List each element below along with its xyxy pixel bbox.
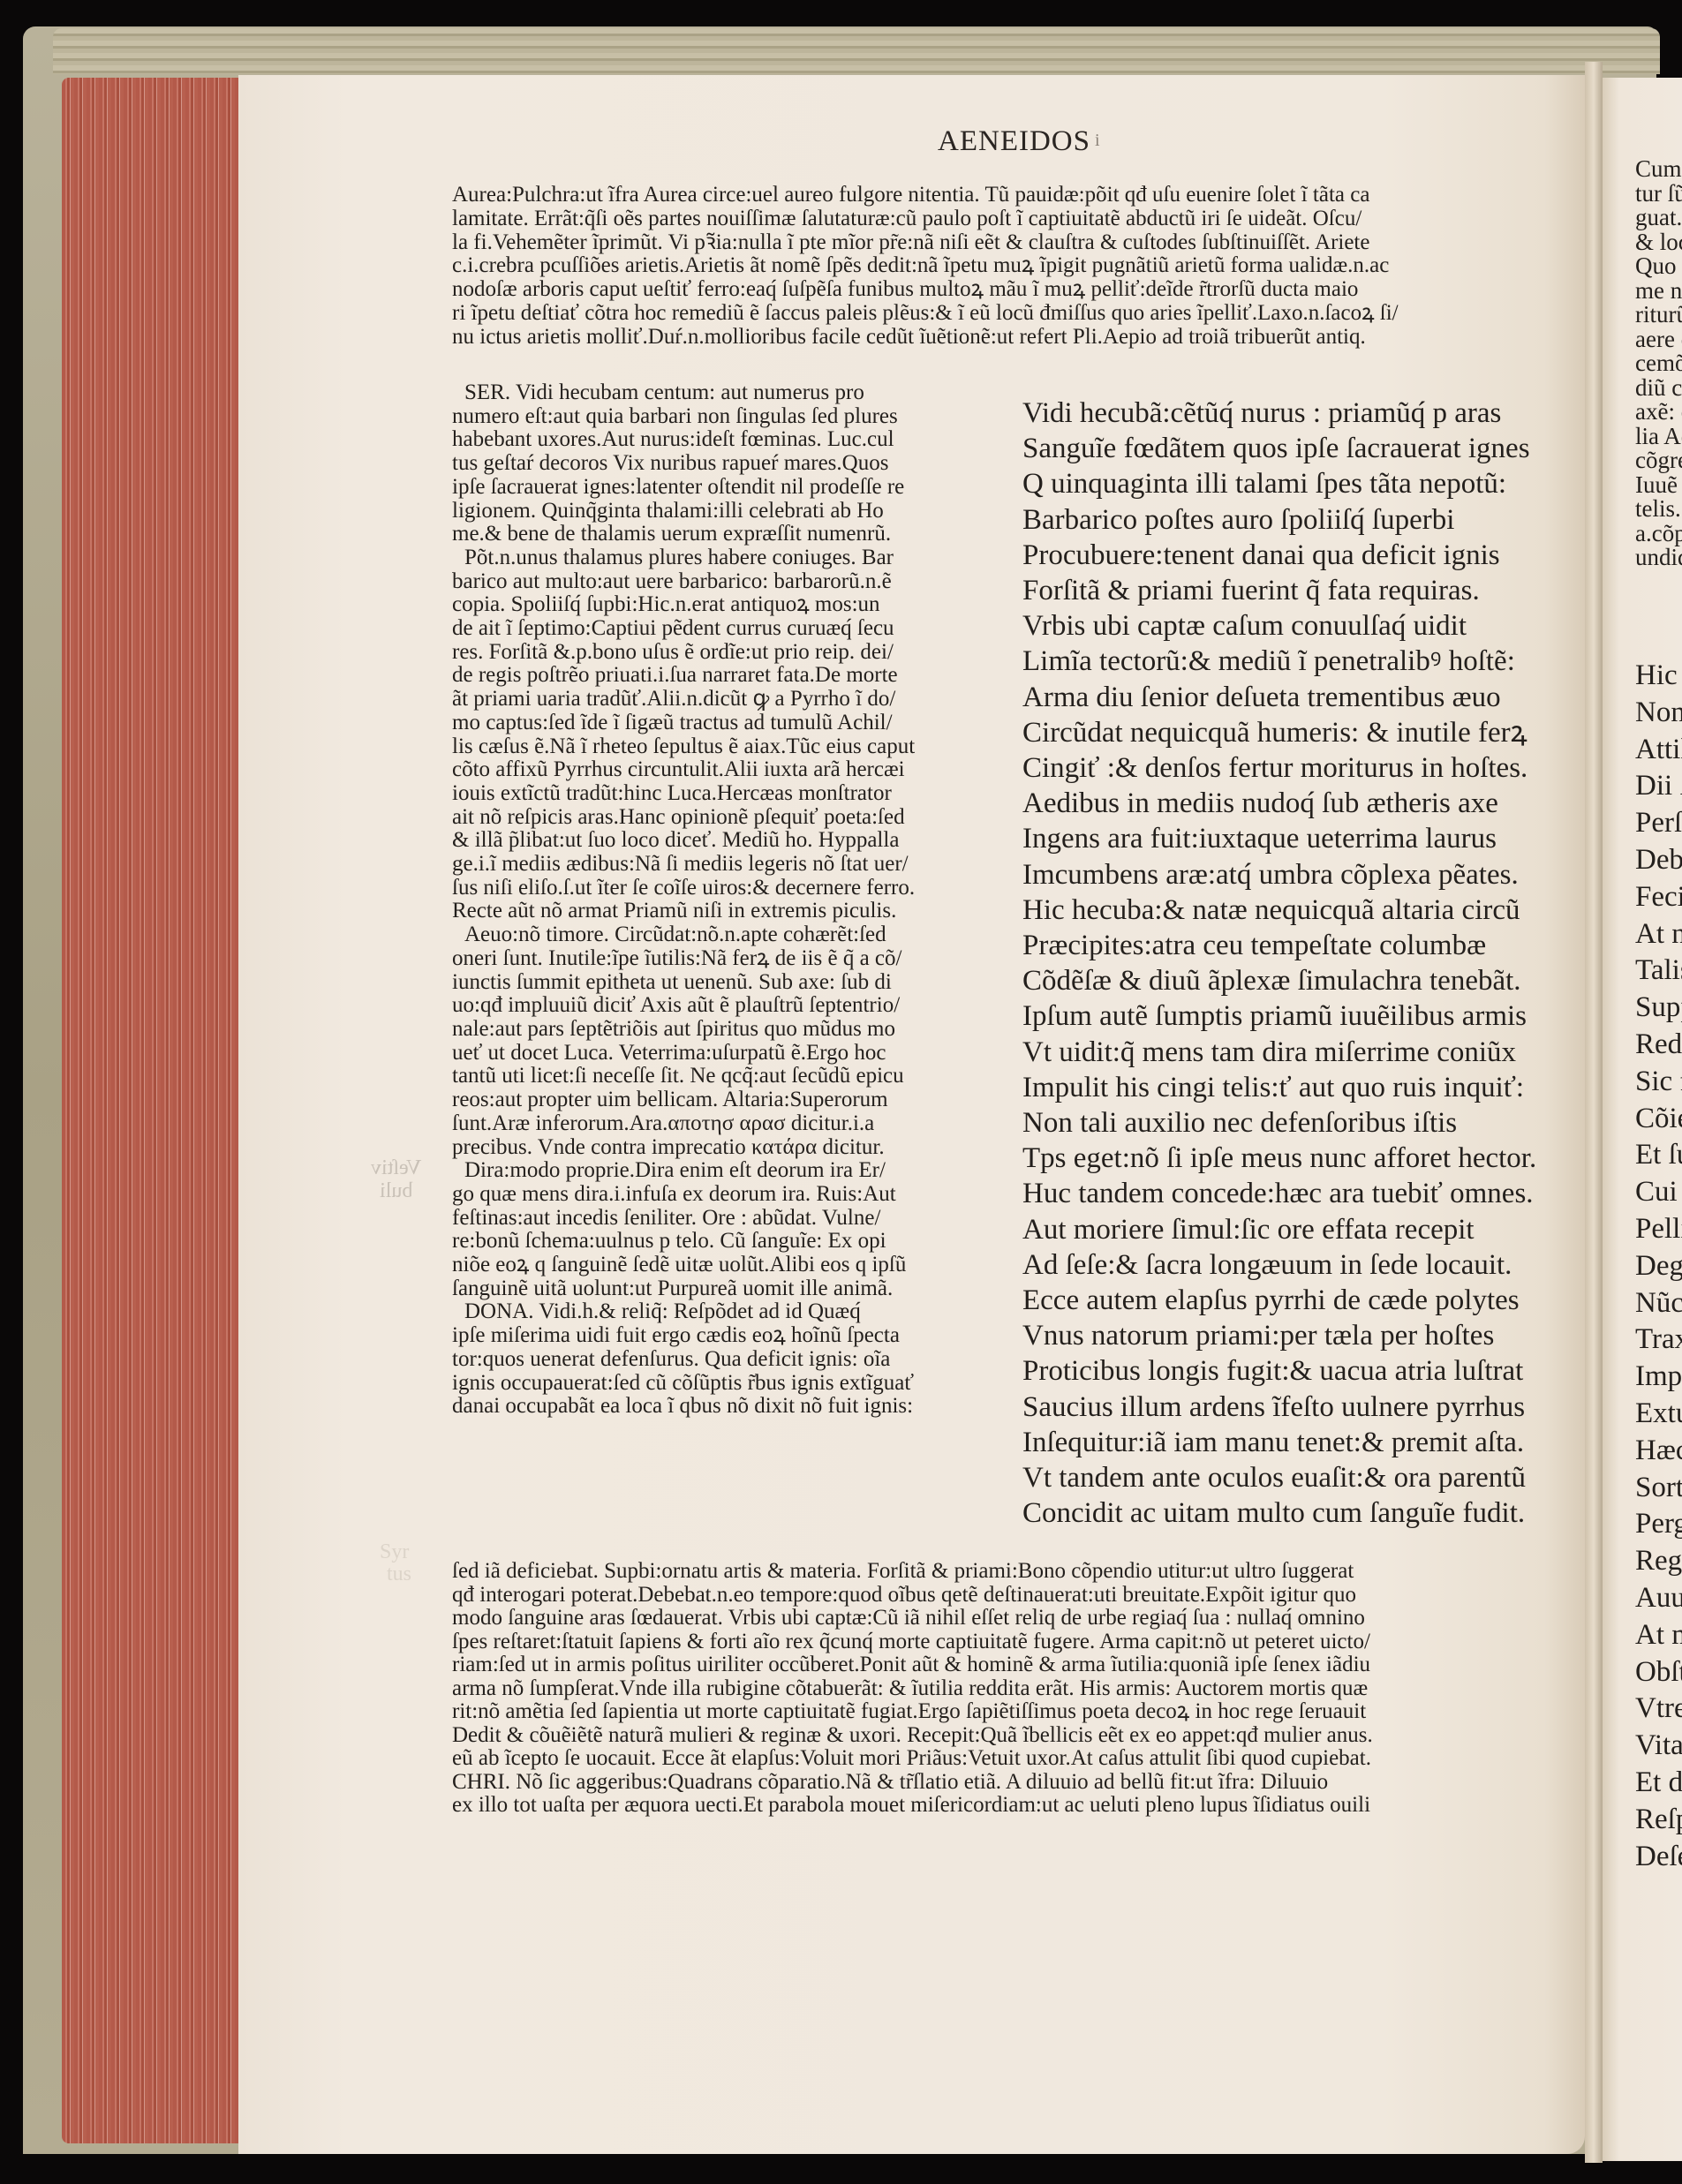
facing-page-line: Traxi [1635, 1322, 1682, 1359]
commentary-line: eũ ab ĩcepto ſe uocauit. Ecce ãt elapſus… [452, 1747, 1578, 1771]
verse-column: Vidi hecubã:cẽtũq́ nurus : priamũq́ p ar… [1022, 395, 1588, 1532]
facing-page-line: guat. [1635, 206, 1682, 230]
commentary-line: nodoſæ arboris caput ueſtiť ferro:eaq́ ſ… [452, 278, 1578, 302]
commentary-line: uo:qđ impluuiũ diciť Axis aũt ẽ plauſtrũ… [452, 994, 1017, 1018]
verse-line: Cõdẽſæ & diuũ ãplexæ ſimulachra tenebãt. [1022, 963, 1588, 998]
book-gutter [1585, 62, 1603, 2163]
facing-page-line: Debr [1635, 842, 1682, 879]
facing-page-line: Deſeru [1635, 1839, 1682, 1876]
red-page-edges [62, 78, 238, 2143]
commentary-line: qđ interogari poterat.Debebat.n.eo tempo… [452, 1584, 1578, 1608]
commentary-line: de regis poſtrẽo priuati.i.ſua narraret … [452, 664, 1017, 688]
facing-page-line: tur ſũ [1635, 182, 1682, 207]
binding-headcap [53, 28, 1660, 74]
facing-page-line: Dii ſ [1635, 768, 1682, 805]
bottom-commentary-block: ſed iã deficiebat. Supbi:ornatu artis & … [452, 1560, 1578, 1818]
facing-page-line: Et ſu [1635, 1137, 1682, 1174]
commentary-line: ſpes reſtaret:ſtatuit ſapiens & forti aĩ… [452, 1630, 1578, 1654]
verse-line: Concidit ac uitam multo cum ſanguĩe fudi… [1022, 1495, 1588, 1531]
show-through-note: buli [380, 1179, 412, 1202]
running-head-mark: i [1095, 131, 1100, 151]
facing-page-line: Perſo [1635, 805, 1682, 842]
verse-line: Vnus natorum priami:per tæla per hoſtes [1022, 1318, 1588, 1353]
verse-line: Ingens ara fuit:iuxtaque ueterrima lauru… [1022, 821, 1588, 856]
verse-line: Procubuere:tenent danai qua deficit igni… [1022, 538, 1588, 573]
facing-page-line: aere c [1635, 328, 1682, 352]
facing-page-line: axẽ: c [1635, 400, 1682, 425]
commentary-line: Põt.n.unus thalamus plures habere coniug… [452, 546, 1017, 570]
verse-line: Huc tandem concede:hæc ara tuebiť omnes. [1022, 1176, 1588, 1211]
commentary-line: ipſe miſerima uidi fuit ergo cædis eoꝝ h… [452, 1324, 1017, 1348]
facing-page-line: cõgre [1635, 448, 1682, 473]
top-commentary-block: Aurea:Pulchra:ut ĩfra Aurea circe:uel au… [452, 184, 1578, 350]
commentary-line: go quæ mens dira.i.infuſa ex deorum ira.… [452, 1183, 1017, 1207]
commentary-line: ſanguinẽ uitã uolunt:ut Purpureã uomit i… [452, 1277, 1017, 1301]
verse-line: Aedibus in mediis nudoq́ ſub ætheris axe [1022, 786, 1588, 821]
show-through-note: Veſtiv [371, 1156, 421, 1179]
commentary-line: precibus. Vnde contra imprecatio κατάρα … [452, 1136, 1017, 1160]
commentary-line: Aeuo:nõ timore. Circũdat:nõ.n.apte cohær… [452, 923, 1017, 947]
show-through-note: tus [387, 1563, 411, 1585]
facing-page-line: Reſpic [1635, 1802, 1682, 1839]
facing-page-line: me n [1635, 279, 1682, 304]
commentary-line: re:bonũ ſchema:uulnus p telo. Cũ ſanguĩe… [452, 1230, 1017, 1254]
facing-page-line: Auulſ [1635, 1580, 1682, 1617]
commentary-line: nu ictus arietis molliť.Duŕ.n.mollioribu… [452, 326, 1578, 350]
facing-page-line: Obſtu [1635, 1654, 1682, 1691]
facing-page-line: cemõ [1635, 351, 1682, 376]
facing-page-line: telis. [1635, 497, 1682, 522]
verse-line: Imcumbens aræ:atq́ umbra cõplexa pẽates. [1022, 857, 1588, 892]
running-head: AENEIDOS [938, 125, 1090, 158]
commentary-line: ſunt.Aræ inferorum.Ara.αποτησ αρασ dicit… [452, 1112, 1017, 1136]
commentary-line: ſed iã deficiebat. Supbi:ornatu artis & … [452, 1560, 1578, 1584]
show-through-note: Syr [380, 1540, 409, 1563]
verse-line: Limĩa tectorũ:& mediũ ĩ penetralibꝰ hoſt… [1022, 644, 1588, 679]
facing-page-line: Regn [1635, 1543, 1682, 1580]
commentary-line: ſus niſi eliſo.ſ.ut ĩter ſe coĩſe uiros:… [452, 877, 1017, 900]
commentary-line: la fi.Vehemẽter ĩprimũt. Vi pꝛ̃ia:nulla … [452, 231, 1578, 255]
facing-page-line: a.cõp [1635, 522, 1682, 546]
commentary-line: iouis extĩctũ tradũt:hinc Luca.Hercæas m… [452, 782, 1017, 806]
commentary-line: feſtinas:aut incedis ſeniliter. Ore : ab… [452, 1207, 1017, 1231]
verse-line: Barbarico poſtes auro ſpoliiſq́ ſuperbi [1022, 502, 1588, 538]
facing-page-verse: HicNonAttilDii ſPerſoDebrFecilAt noTalis… [1635, 658, 1682, 1875]
facing-page-line: Extul [1635, 1396, 1682, 1433]
verse-line: Aut moriere ſimul:ſic ore effata recepit [1022, 1212, 1588, 1247]
commentary-line: numero eſt:aut quia barbari non ſingulas… [452, 405, 1017, 429]
commentary-line: ãt priami uaria tradũť.Alii.n.dicũt ꝙ a … [452, 688, 1017, 712]
facing-page-line: Perga [1635, 1506, 1682, 1543]
verse-line: Vt uidit:q̃ mens tam dira miſerrime coni… [1022, 1035, 1588, 1070]
commentary-line: ueť ut docet Luca. Veterrima:uſurpatũ ẽ.… [452, 1042, 1017, 1066]
commentary-line: Aurea:Pulchra:ut ĩfra Aurea circe:uel au… [452, 184, 1578, 207]
commentary-line: DONA. Vidi.h.& reliq̃: Reſpõdet ad id Qu… [452, 1300, 1017, 1324]
verse-line: Non tali auxilio nec defenſoribus iſtis [1022, 1105, 1588, 1141]
facing-page-line: Vtreg [1635, 1691, 1682, 1728]
commentary-line: arma nõ ſumpſerat.Vnde illa rubigine cõt… [452, 1677, 1578, 1701]
commentary-line: de ait ĩ ſeptimo:Captiui pẽdent currus c… [452, 617, 1017, 641]
commentary-line: ipſe ſacrauerat ignes:latenter oſtendit … [452, 476, 1017, 500]
facing-page-line: Supp [1635, 990, 1682, 1027]
commentary-line: nale:aut pars ſeptẽtriõis aut ſpiritus q… [452, 1018, 1017, 1042]
verse-line: Impulit his cingi telis:ť aut quo ruis i… [1022, 1070, 1588, 1105]
commentary-line: reos:aut propter uim bellicam. Altaria:S… [452, 1088, 1017, 1112]
facing-page-line: Nũc [1635, 1285, 1682, 1322]
facing-page-line: Redo [1635, 1027, 1682, 1064]
facing-page-line: Vitatn [1635, 1728, 1682, 1765]
commentary-line: res. Forſitã &.p.bono uſus ẽ ordĩe:ut pr… [452, 641, 1017, 665]
commentary-line: ligionem. Quinq̃ginta thalami:illi celeb… [452, 500, 1017, 523]
facing-page-line: lia Ae [1635, 425, 1682, 449]
facing-page-line: Iuuẽ [1635, 473, 1682, 498]
verse-line: Vt tandem ante oculos euaſit:& ora paren… [1022, 1460, 1588, 1495]
commentary-line: me.& bene de thalamis uerum expræſſit nu… [452, 523, 1017, 546]
facing-page-line: Sic fa [1635, 1064, 1682, 1101]
commentary-line: ex illo tot uaſta per æquora uecti.Et pa… [452, 1794, 1578, 1818]
facing-page-line: Attil [1635, 732, 1682, 769]
verse-line: Sanguĩe fœdãtem quos ipſe ſacrauerat ign… [1022, 431, 1588, 466]
commentary-line: rit:nõ amẽtia ſed ſapientia ut morte cap… [452, 1700, 1578, 1724]
commentary-line: SER. Vidi hecubam centum: aut numerus pr… [452, 381, 1017, 405]
commentary-line: lis cæſus ẽ.Nã ĩ rheteo ſepultus ẽ aiax.… [452, 735, 1017, 759]
facing-page-line: Cum [1635, 157, 1682, 182]
facing-page-line: At me [1635, 1617, 1682, 1654]
commentary-line: CHRI. Nõ ſic aggeribus:Quadrans cõparati… [452, 1771, 1578, 1795]
facing-page-line: Pellic [1635, 1211, 1682, 1248]
commentary-line: niõe eoꝝ q ſanguinẽ ſedẽ uitæ uolũt.Alib… [452, 1254, 1017, 1277]
commentary-line: iunctis ſummit epitheta ut uenenũ. Sub a… [452, 971, 1017, 995]
commentary-line: Dedit & cõuẽiẽtẽ naturã mulieri & reginæ… [452, 1724, 1578, 1748]
facing-page-line: At no [1635, 916, 1682, 953]
verse-line: Ad ſeſe:& ſacra longæuum in ſede locauit… [1022, 1247, 1588, 1283]
commentary-line: oneri ſunt. Inutile:ĩpe ĩutilis:Nã ferꝝ … [452, 947, 1017, 971]
commentary-line: ait nõ reſpicis aras.Hanc opinionẽ pſequ… [452, 806, 1017, 830]
commentary-line: ri ĩpetu deſtiať cõtra hoc remediũ ẽ ſac… [452, 302, 1578, 326]
commentary-line: habebant uxores.Aut nurus:ideſt fœminas.… [452, 428, 1017, 452]
facing-page-line: diũ ca [1635, 376, 1682, 401]
facing-page-line: Sorte [1635, 1470, 1682, 1507]
facing-page-commentary: Cumtur ſũguat.& locQuome nriturũaere cce… [1635, 157, 1682, 570]
commentary-line: Dira:modo proprie.Dira enim eſt deorum i… [452, 1159, 1017, 1183]
verse-line: Ecce autem elapſus pyrrhi de cæde polyte… [1022, 1283, 1588, 1318]
facing-page-line: riturũ [1635, 303, 1682, 328]
verse-line: Forſitã & priami fuerint q̃ fata requira… [1022, 573, 1588, 608]
verse-line: Præcipites:atra ceu tempeſtate columbæ [1022, 928, 1588, 963]
verse-line: Hic hecuba:& natæ nequicquã altaria circ… [1022, 892, 1588, 928]
verse-line: Ipſum autẽ ſumptis priamũ iuuẽilibus arm… [1022, 998, 1588, 1034]
commentary-line: modo ſanguine aras ſœdauerat. Vrbis ubi … [452, 1607, 1578, 1630]
commentary-line: c.i.crebra pcuſſiões arietis.Arietis ãt … [452, 254, 1578, 278]
commentary-line: mo captus:ſed ĩde ĩ ſigæũ tractus ad tum… [452, 712, 1017, 735]
commentary-line: & illã p̃libat:ut ſuo loco diceť. Mediũ … [452, 829, 1017, 853]
commentary-line: ignis occupauerat:ſed cũ cõſũptis r̃bus … [452, 1372, 1017, 1396]
facing-page-line: Talis [1635, 953, 1682, 990]
facing-page-line: Non [1635, 695, 1682, 732]
facing-page-line: undiq [1635, 546, 1682, 570]
commentary-line: cõto affixũ Pyrrhus circuntulit.Alii iux… [452, 758, 1017, 782]
commentary-line: copia. Spoliiſq́ ſupbi:Hic.n.erat antiqu… [452, 593, 1017, 617]
facing-page-line: Cõiec [1635, 1101, 1682, 1138]
verse-line: Arma diu ſenior deſueta trementibus æuo [1022, 680, 1588, 715]
commentary-line: tor:quos uenerat defenſurus. Qua deficit… [452, 1348, 1017, 1372]
facing-page-line: Quo [1635, 254, 1682, 279]
commentary-line: tus geſtaŕ decoros Vix nuribus rapueŕ ma… [452, 452, 1017, 476]
facing-page-line: Hæc f [1635, 1433, 1682, 1470]
facing-page-line: Dege [1635, 1248, 1682, 1285]
verse-line: Circũdat nequicquã humeris: & inutile fe… [1022, 715, 1588, 750]
facing-page-line: Cui p [1635, 1174, 1682, 1211]
commentary-line: barico aut multo:aut uere barbarico: bar… [452, 570, 1017, 594]
verse-line: Vrbis ubi captæ caſum conuulſaq́ uidit [1022, 608, 1588, 644]
verse-line: Saucius illum ardens ĩfeſto uulnere pyrr… [1022, 1389, 1588, 1425]
verse-line: Inſequitur:iã iam manu tenet:& premit aſ… [1022, 1425, 1588, 1460]
facing-page-line: Et dire [1635, 1765, 1682, 1802]
commentary-line: lamitate. Errãt:q̃ſi oẽs partes nouiſſim… [452, 207, 1578, 231]
facing-page-line: Implic [1635, 1359, 1682, 1396]
left-commentary-column: SER. Vidi hecubam centum: aut numerus pr… [452, 381, 1017, 1419]
commentary-line: tantũ uti licet:ſi neceſſe ſit. Ne qcq̃:… [452, 1065, 1017, 1088]
verse-line: Vidi hecubã:cẽtũq́ nurus : priamũq́ p ar… [1022, 395, 1588, 431]
commentary-line: riam:ſed ut in armis poſitus uiriliter o… [452, 1653, 1578, 1677]
verse-line: Tps eget:nõ ſi ipſe meus nunc afforet he… [1022, 1141, 1588, 1176]
commentary-line: Recte aũt nõ armat Priamũ niſi in extrem… [452, 900, 1017, 923]
facing-page-line: Hic [1635, 658, 1682, 695]
commentary-line: danai occupabãt ea loca ĩ qbus nõ dixit … [452, 1395, 1017, 1419]
verse-line: Q uinquaginta illi talami ſpes tãta nepo… [1022, 466, 1588, 501]
verse-line: Proticibus longis fugit:& uacua atria lu… [1022, 1353, 1588, 1389]
facing-page-line: Fecil [1635, 879, 1682, 916]
facing-page-line: & loc [1635, 230, 1682, 255]
commentary-line: ge.i.ĩ mediis ædibus:Nã ſi mediis legeri… [452, 853, 1017, 877]
verse-line: Cingiť :& denſos fertur moriturus in hoſ… [1022, 750, 1588, 786]
